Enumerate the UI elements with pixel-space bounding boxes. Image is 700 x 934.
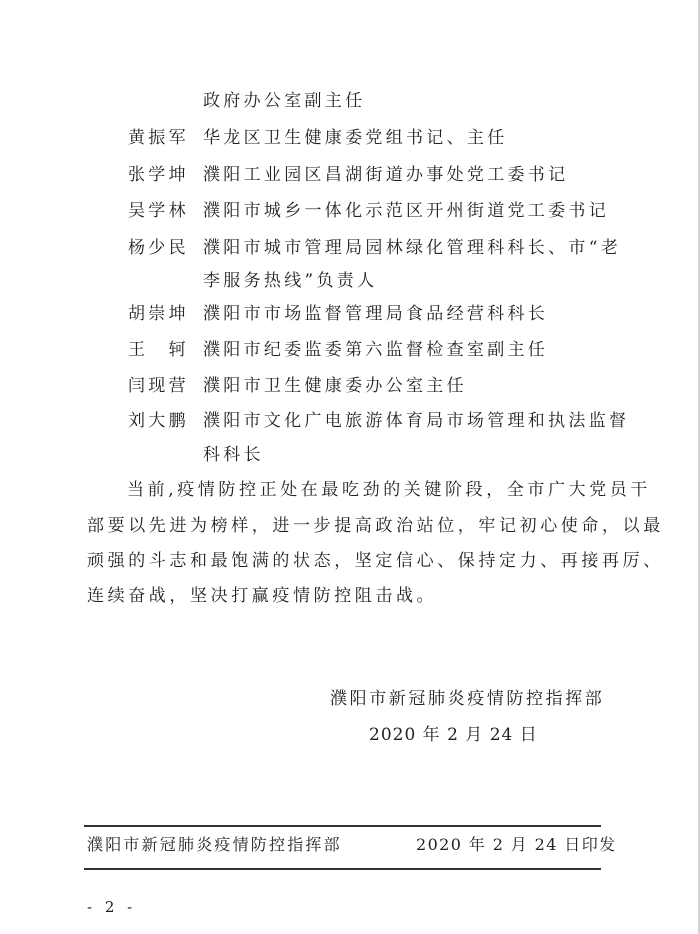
- member-name: 吴学林: [128, 200, 198, 222]
- member-title: 濮阳市文化广电旅游体育局市场管理和执法监督: [203, 410, 629, 432]
- footer-top-rule: [84, 825, 601, 827]
- signature-organization: 濮阳市新冠肺炎疫情防控指挥部: [330, 688, 604, 710]
- continued-title: 政府办公室副主任: [203, 90, 365, 112]
- paragraph-line: 连续奋战，坚决打赢疫情防控阻击战。: [87, 585, 437, 607]
- member-name: 杨少民: [128, 237, 198, 259]
- paragraph-line: 顽强的斗志和最饱满的状态，坚定信心、保持定力、再接再厉、: [87, 550, 664, 572]
- footer-bottom-rule: [84, 868, 601, 870]
- footer-issuer: 濮阳市新冠肺炎疫情防控指挥部: [87, 834, 342, 856]
- member-title: 濮阳市市场监督管理局食品经营科科长: [203, 303, 548, 325]
- paragraph-line: 当前,疫情防控正处在最吃劲的关键阶段，全市广大党员干: [127, 479, 651, 501]
- member-name: 张学坤: [128, 164, 198, 186]
- page-number: - 2 -: [87, 898, 136, 916]
- member-name: 王 轲: [128, 339, 198, 361]
- member-name: 刘大鹏: [128, 410, 198, 432]
- member-name: 闫现营: [128, 375, 198, 397]
- member-title: 濮阳市城乡一体化示范区开州街道党工委书记: [203, 200, 609, 222]
- footer-issue-date: 2020 年 2 月 24 日印发: [416, 834, 617, 856]
- member-title-continued: 科科长: [203, 444, 264, 466]
- paragraph-line: 部要以先进为榜样，进一步提高政治站位，牢记初心使命，以最: [87, 515, 664, 537]
- member-title: 濮阳市纪委监委第六监督检查室副主任: [203, 339, 548, 361]
- member-title: 华龙区卫生健康委党组书记、主任: [203, 127, 508, 149]
- signature-date: 2020 年 2 月 24 日: [369, 724, 538, 746]
- member-title-continued: 李服务热线”负责人: [203, 270, 377, 292]
- member-title: 濮阳市卫生健康委办公室主任: [203, 375, 467, 397]
- member-name: 黄振军: [128, 127, 198, 149]
- member-title: 濮阳市城市管理局园林绿化管理科科长、市“老: [203, 237, 621, 259]
- member-name: 胡崇坤: [128, 303, 198, 325]
- member-title: 濮阳工业园区昌湖街道办事处党工委书记: [203, 164, 568, 186]
